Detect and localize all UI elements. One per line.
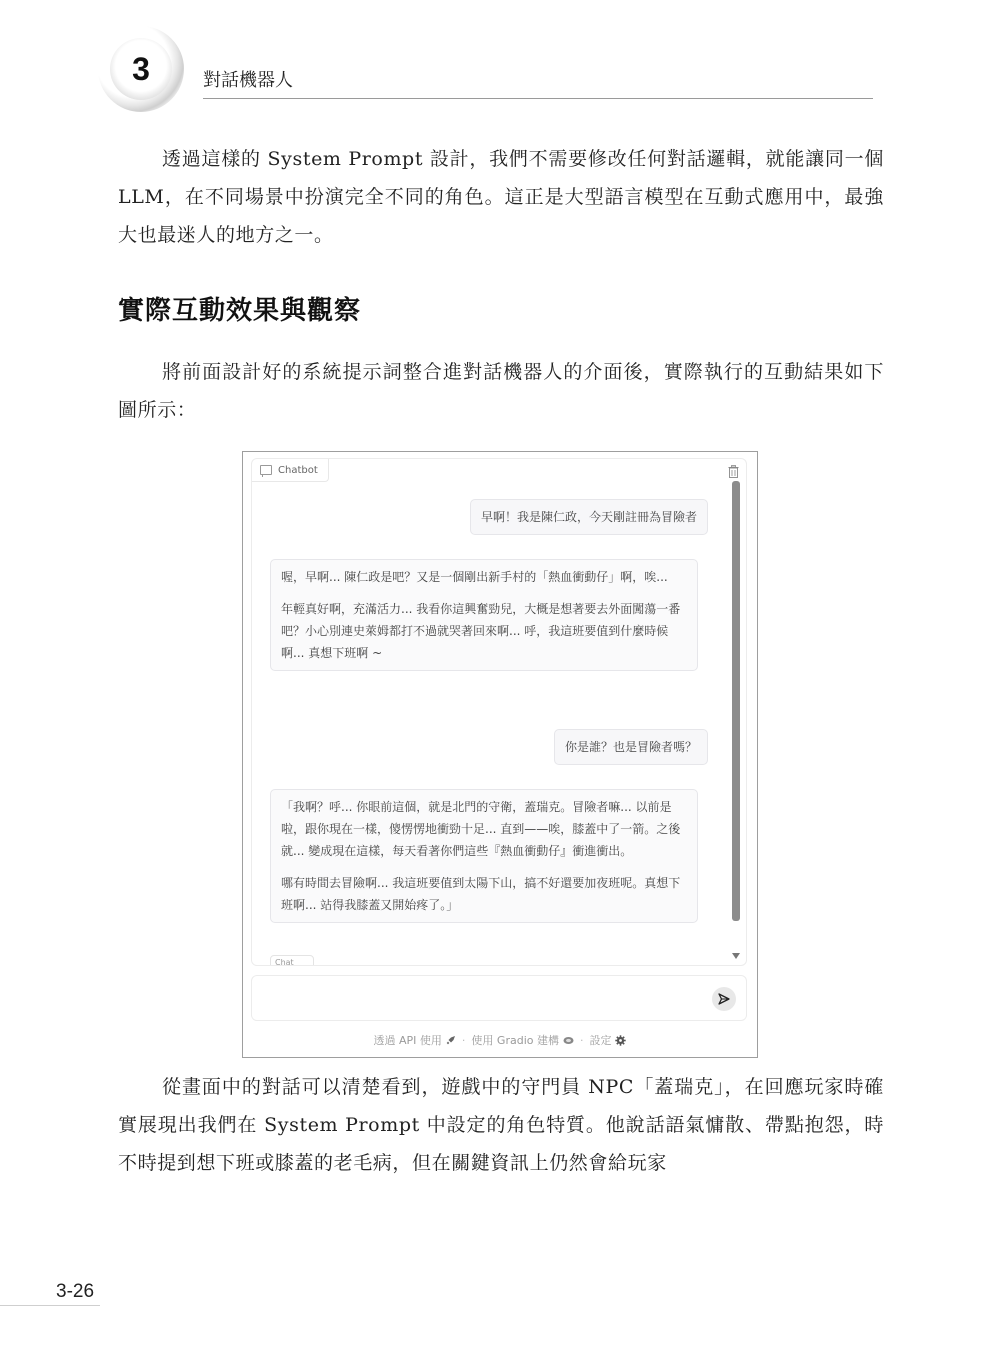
assistant-message-paragraph: 「我啊？呼... 你眼前這個，就是北門的守衛，蓋瑞克。冒險者嘛... 以前是啦，… (281, 796, 687, 862)
message-input[interactable] (262, 986, 696, 1012)
header-divider (203, 98, 873, 99)
chatbot-label: Chatbot (252, 459, 329, 482)
built-with-gradio-link[interactable]: 使用 Gradio 建構 (471, 1032, 574, 1048)
chat-icon (260, 465, 272, 475)
gradio-logo-icon (563, 1036, 574, 1045)
gradio-footer: 透過 API 使用 · 使用 Gradio 建構 · 設定 (243, 1032, 757, 1048)
message-input-box[interactable] (251, 975, 747, 1021)
send-button[interactable] (712, 987, 736, 1011)
page-number: 3-26 (56, 1281, 94, 1303)
chat-scrollbar[interactable] (732, 481, 740, 959)
use-via-api-link[interactable]: 透過 API 使用 (374, 1032, 456, 1048)
user-message: 早啊！我是陳仁政，今天剛註冊為冒險者 (470, 499, 708, 535)
assistant-message: 「我啊？呼... 你眼前這個，就是北門的守衛，蓋瑞克。冒險者嘛... 以前是啦，… (270, 789, 698, 923)
section-heading: 實際互動效果與觀察 (118, 290, 361, 327)
assistant-message: 喔，早啊... 陳仁政是吧？又是一個剛出新手村的「熱血衝動仔」啊，唉... 年輕… (270, 559, 698, 671)
settings-link[interactable]: 設定 (589, 1032, 626, 1048)
footer-separator: · (462, 1034, 466, 1047)
assistant-message-paragraph: 哪有時間去冒險啊... 我這班要值到太陽下山，搞不好還要加夜班呢。真想下班啊..… (281, 872, 687, 916)
footer-separator: · (580, 1034, 584, 1047)
send-icon (717, 992, 731, 1006)
lead-in-paragraph: 將前面設計好的系統提示詞整合進對話機器人的介面後，實際執行的互動結果如下圖所示： (118, 353, 884, 429)
analysis-paragraph: 從畫面中的對話可以清楚看到，遊戲中的守門員 NPC「蓋瑞克」，在回應玩家時確實展… (118, 1068, 884, 1182)
rocket-icon (446, 1035, 456, 1045)
chapter-title: 對話機器人 (203, 66, 293, 92)
scroll-down-arrow-icon[interactable] (732, 953, 740, 959)
chapter-number: 3 (98, 26, 184, 112)
chatbot-panel: Chatbot 早啊！我是陳仁政，今天剛註冊為冒險者 喔，早啊... 陳仁政是吧… (251, 458, 747, 966)
page-number-rule (0, 1305, 100, 1306)
assistant-message-paragraph: 年輕真好啊，充滿活力... 我看你這興奮勁兒，大概是想著要去外面闖蕩一番吧？小心… (281, 598, 687, 664)
intro-paragraph: 透過這樣的 System Prompt 設計，我們不需要修改任何對話邏輯，就能讓… (118, 140, 884, 254)
gear-icon (615, 1035, 626, 1046)
assistant-message-paragraph: 喔，早啊... 陳仁政是吧？又是一個剛出新手村的「熱血衝動仔」啊，唉... (281, 566, 687, 588)
scrollbar-thumb[interactable] (732, 481, 740, 921)
chapter-badge: 3 (98, 26, 184, 112)
partial-chip: Chat (270, 955, 314, 966)
user-message: 你是誰？也是冒險者嗎？ (554, 729, 708, 765)
trash-icon[interactable] (726, 463, 740, 479)
chatbot-label-text: Chatbot (278, 465, 318, 476)
chatbot-screenshot: Chatbot 早啊！我是陳仁政，今天剛註冊為冒險者 喔，早啊... 陳仁政是吧… (242, 451, 758, 1058)
